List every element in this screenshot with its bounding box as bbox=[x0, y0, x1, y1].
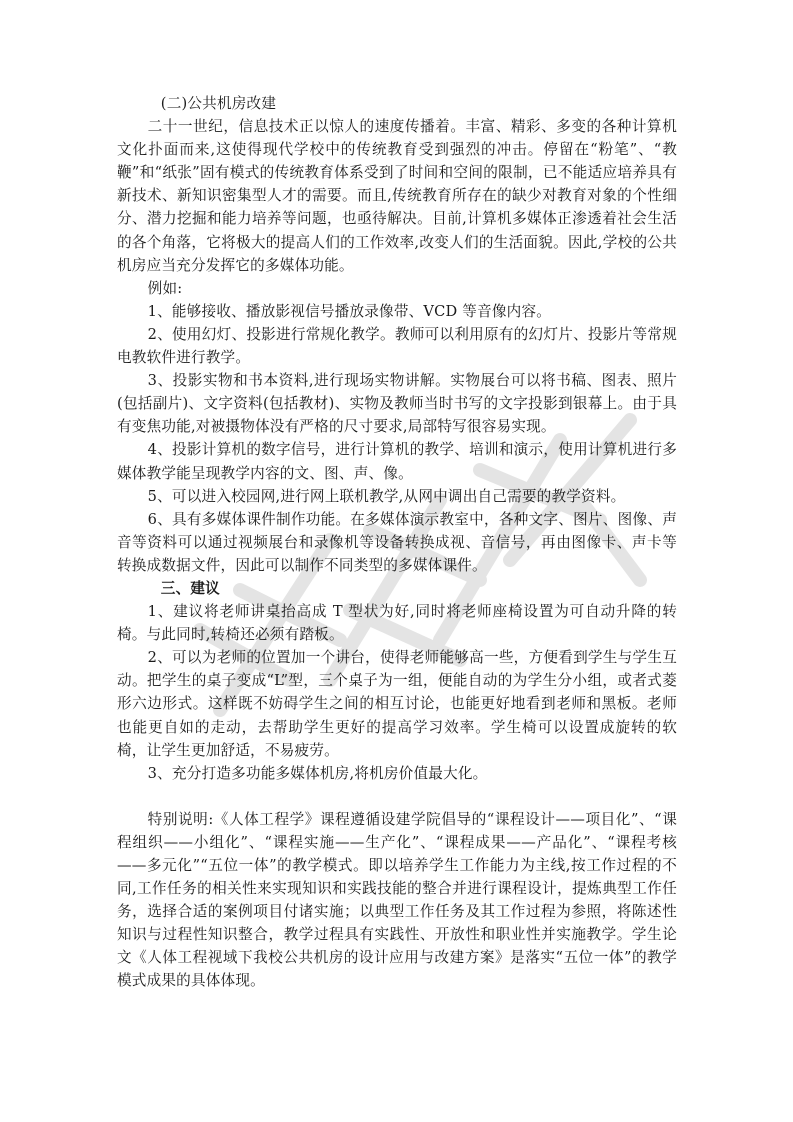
suggestion-item: 2、可以为老师的位置加一个讲台，使得老师能够高一些，方便看到学生与学生互动。把学… bbox=[117, 646, 677, 761]
example-item: 6、具有多媒体课件制作功能。在多媒体演示教室中，各种文字、图片、图像、声音等资料… bbox=[117, 508, 677, 577]
example-item: 1、能够接收、播放影视信号播放录像带、VCD 等音像内容。 bbox=[117, 300, 677, 323]
special-note-paragraph: 特别说明:《人体工程学》课程遵循设建学院倡导的“课程设计——项目化”、“课程组织… bbox=[117, 808, 677, 993]
suggestion-item: 1、建议将老师讲桌抬高成 T 型状为好,同时将老师座椅设置为可自动升降的转椅。与… bbox=[117, 600, 677, 646]
document-page: (二)公共机房改建 二十一世纪，信息技术正以惊人的速度传播着。丰富、精彩、多变的… bbox=[0, 0, 793, 1122]
document-body: (二)公共机房改建 二十一世纪，信息技术正以惊人的速度传播着。丰富、精彩、多变的… bbox=[117, 92, 677, 993]
example-item: 5、可以进入校园网,进行网上联机教学,从网中调出自己需要的教学资料。 bbox=[117, 485, 677, 508]
example-item: 2、使用幻灯、投影进行常规化教学。教师可以利用原有的幻灯片、投影片等常规电教软件… bbox=[117, 323, 677, 369]
examples-label: 例如: bbox=[117, 277, 677, 300]
example-item: 3、投影实物和书本资料,进行现场实物讲解。实物展台可以将书稿、图表、照片(包括副… bbox=[117, 369, 677, 438]
intro-paragraph: 二十一世纪，信息技术正以惊人的速度传播着。丰富、精彩、多变的各种计算机文化扑面而… bbox=[117, 115, 677, 277]
paragraph-gap bbox=[117, 785, 677, 808]
example-item: 4、投影计算机的数字信号，进行计算机的教学、培训和演示，使用计算机进行多媒体教学… bbox=[117, 438, 677, 484]
section-heading: 三、建议 bbox=[117, 577, 677, 600]
suggestion-item: 3、充分打造多功能多媒体机房,将机房价值最大化。 bbox=[117, 762, 677, 785]
section-subheading: (二)公共机房改建 bbox=[117, 92, 677, 115]
